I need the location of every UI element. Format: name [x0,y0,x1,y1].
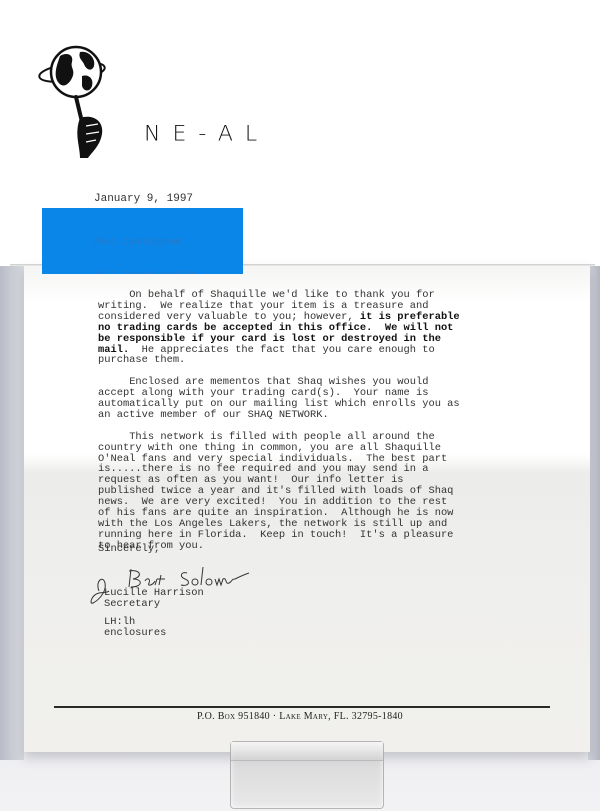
acrylic-display-stand [230,741,384,809]
paragraph-text: Enclosed are mementos that Shaq wishes y… [98,376,460,421]
letter-date: January 9, 1997 [94,193,193,205]
paragraph-text: This network is filled with people all a… [98,431,453,552]
letter-body: On behalf of Shaquille we'd like to than… [98,290,528,563]
footer-address: P.O. Box 951840 · Lake Mary, FL. 32795-1… [0,711,600,722]
paragraph-text: He appreciates the fact that you care en… [98,344,435,367]
signer-block: Lucille Harrison Secretary [104,588,204,610]
letter-paragraph: On behalf of Shaquille we'd like to than… [98,290,528,366]
footer-divider [54,706,550,708]
background-shadow-left [0,260,24,760]
closing: Sincerely, [98,543,160,555]
recipient-line: Paul Cunningham [94,236,243,247]
stand-lip [231,742,383,761]
enclosures-note: enclosures [104,628,166,639]
recipient-address-redaction: Paul Cunningham 4444 Crenshwood Dr Fremo… [42,208,243,274]
signer-title: Secretary [104,599,204,610]
recipient-line: 4444 Crenshwood Dr [94,269,243,274]
letter-paragraph: Enclosed are mementos that Shaq wishes y… [98,377,528,421]
reference-block: LH:lh enclosures [104,617,166,639]
letter-paragraph: This network is filled with people all a… [98,432,528,552]
letterhead-wordmark: NE-AL [144,123,269,147]
globe-spinning-on-finger-icon [36,42,156,162]
letterhead-logo: NE-AL [36,42,296,162]
